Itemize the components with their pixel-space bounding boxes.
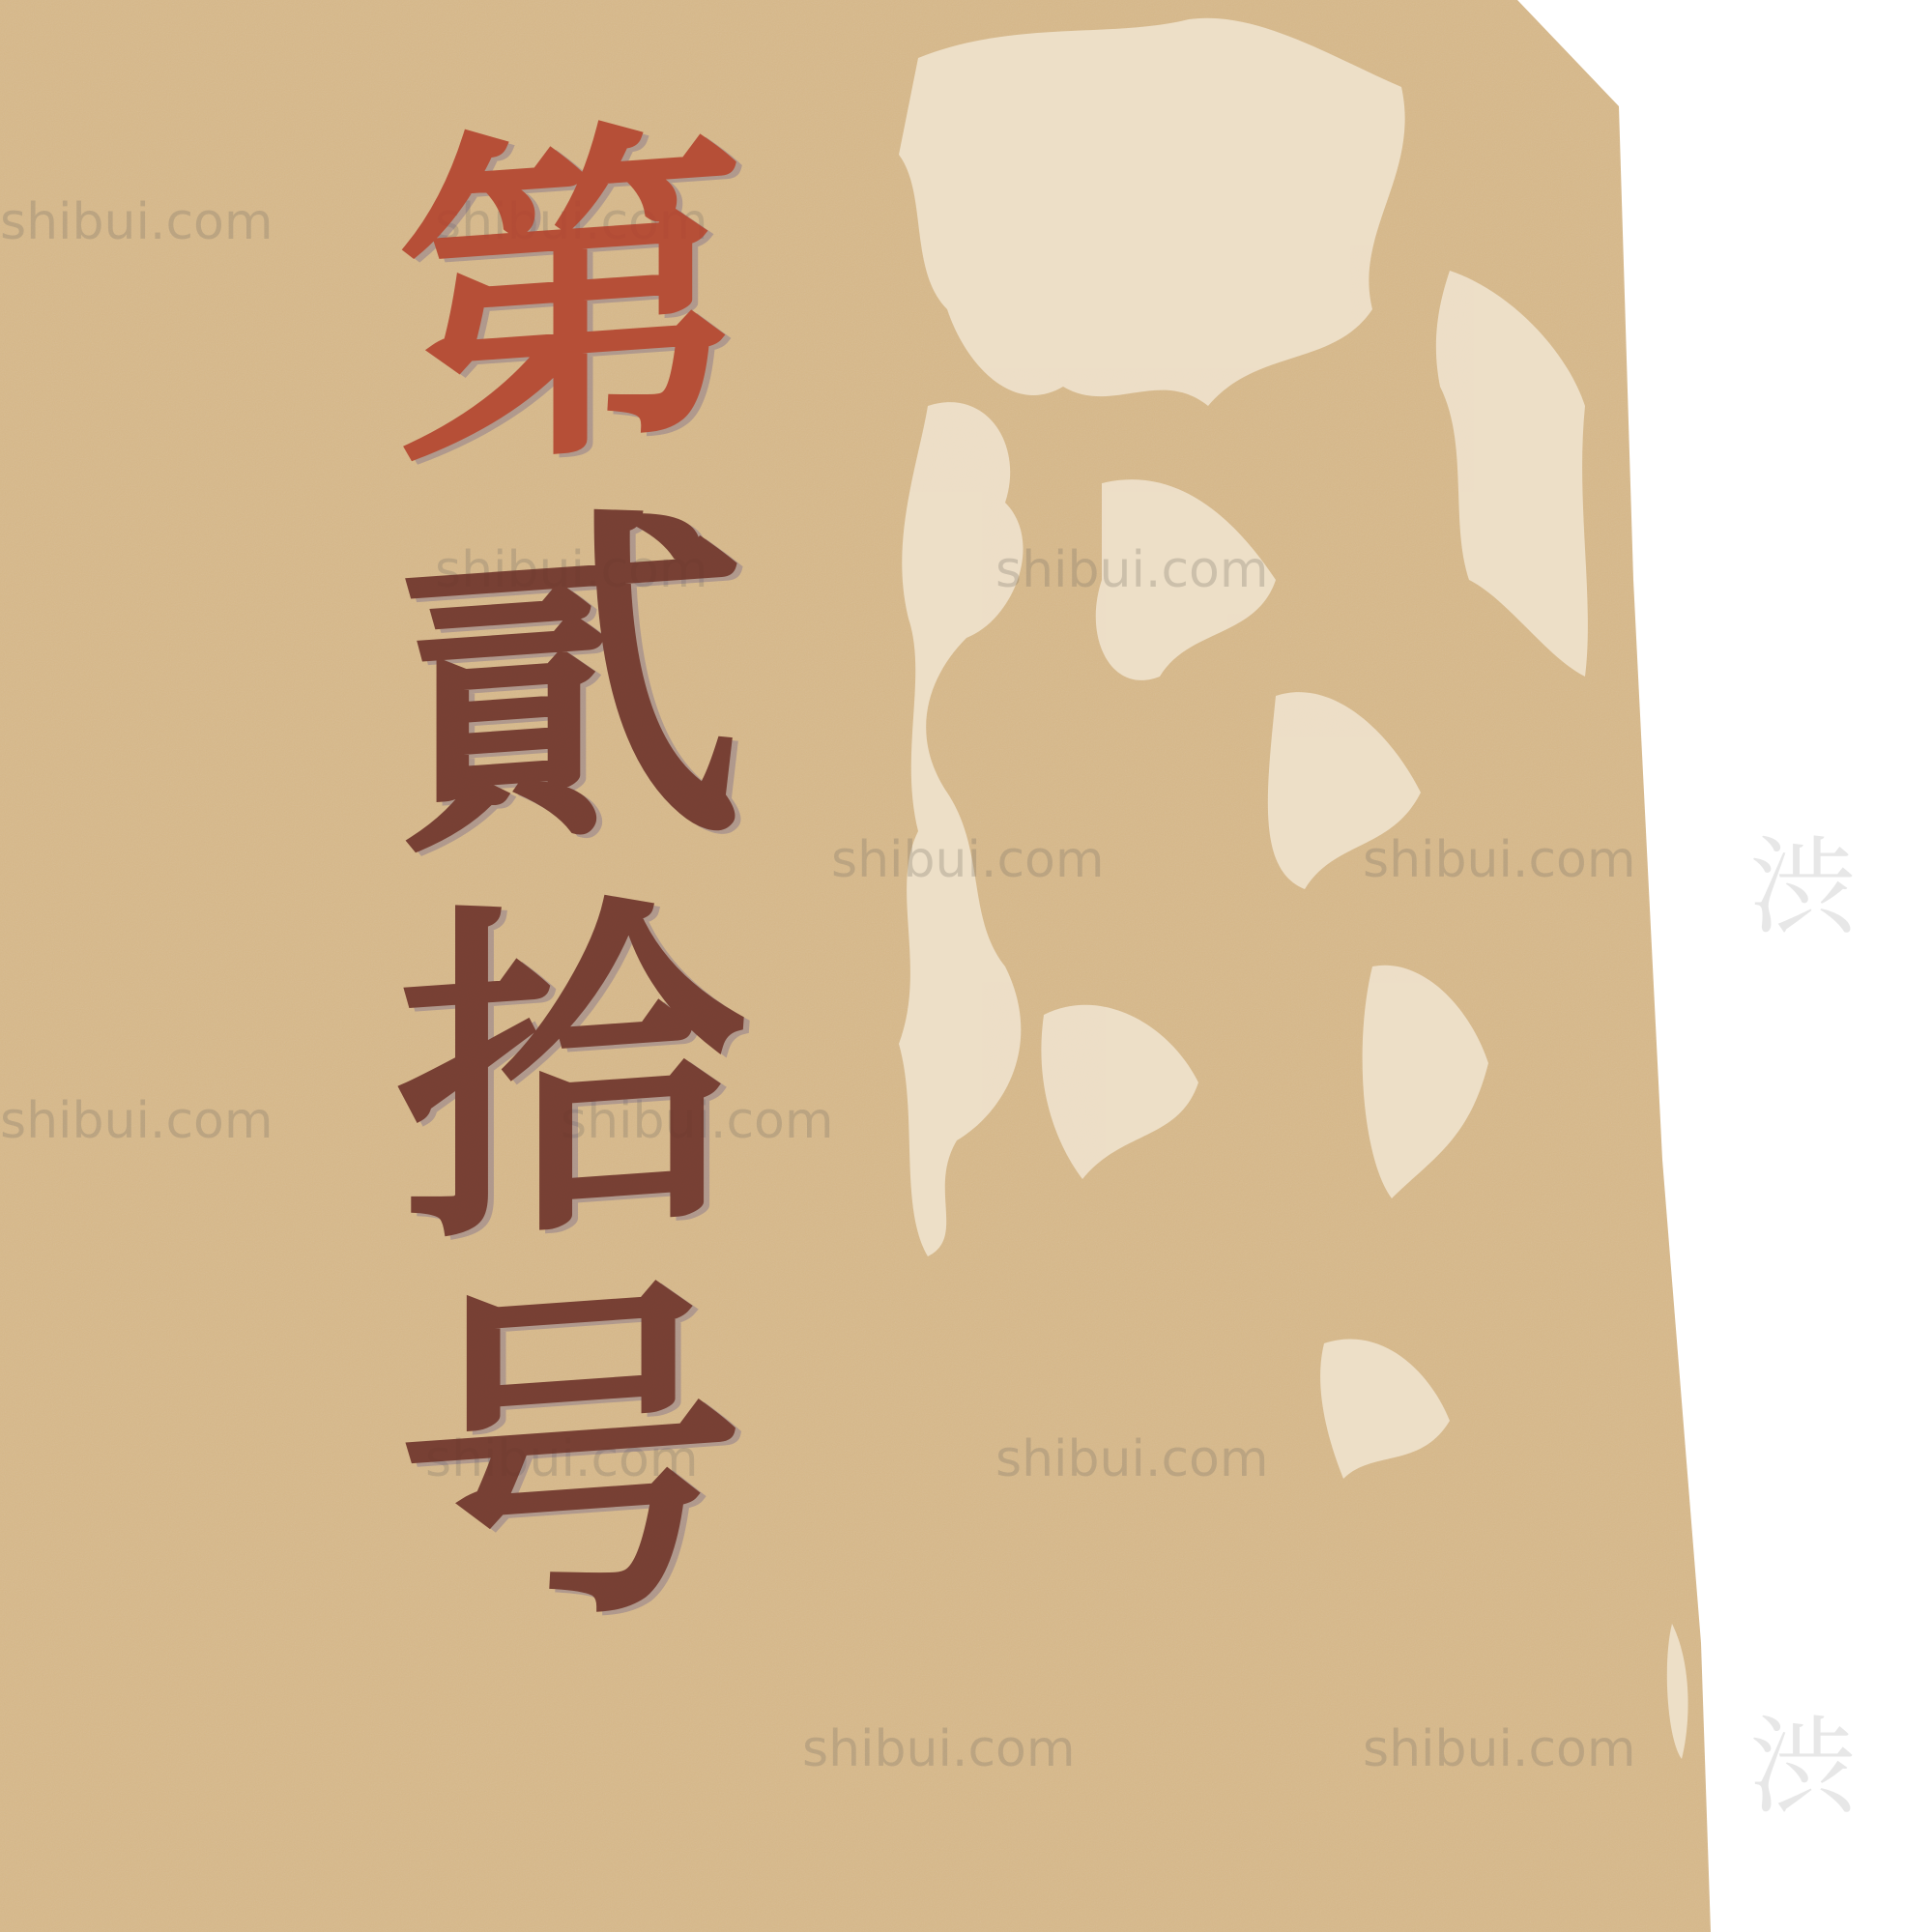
watermark-text: shibui.com: [1363, 1720, 1636, 1778]
aged-paper: [0, 0, 1932, 1932]
calligraphy-char: 号: [396, 1254, 744, 1664]
watermark-text: shibui.com: [802, 1720, 1076, 1778]
watermark-text: shibui.com: [995, 541, 1269, 599]
watermark-text: shibui.com: [0, 193, 274, 251]
calligraphy-char: 第: [396, 94, 744, 505]
calligraphy-char: 拾: [396, 867, 744, 1278]
watermark-kanji: 渋: [1749, 802, 1856, 955]
calligraphy-column: 第 貳 拾 号: [348, 106, 793, 1653]
paper-shape: [0, 0, 1932, 1932]
watermark-text: shibui.com: [1363, 831, 1636, 889]
calligraphy-char: 貳: [396, 480, 744, 891]
watermark-text: shibui.com: [0, 1092, 274, 1150]
watermark-text: shibui.com: [995, 1430, 1269, 1488]
watermark-text: shibui.com: [831, 831, 1105, 889]
watermark-kanji: 渋: [1749, 1682, 1856, 1834]
